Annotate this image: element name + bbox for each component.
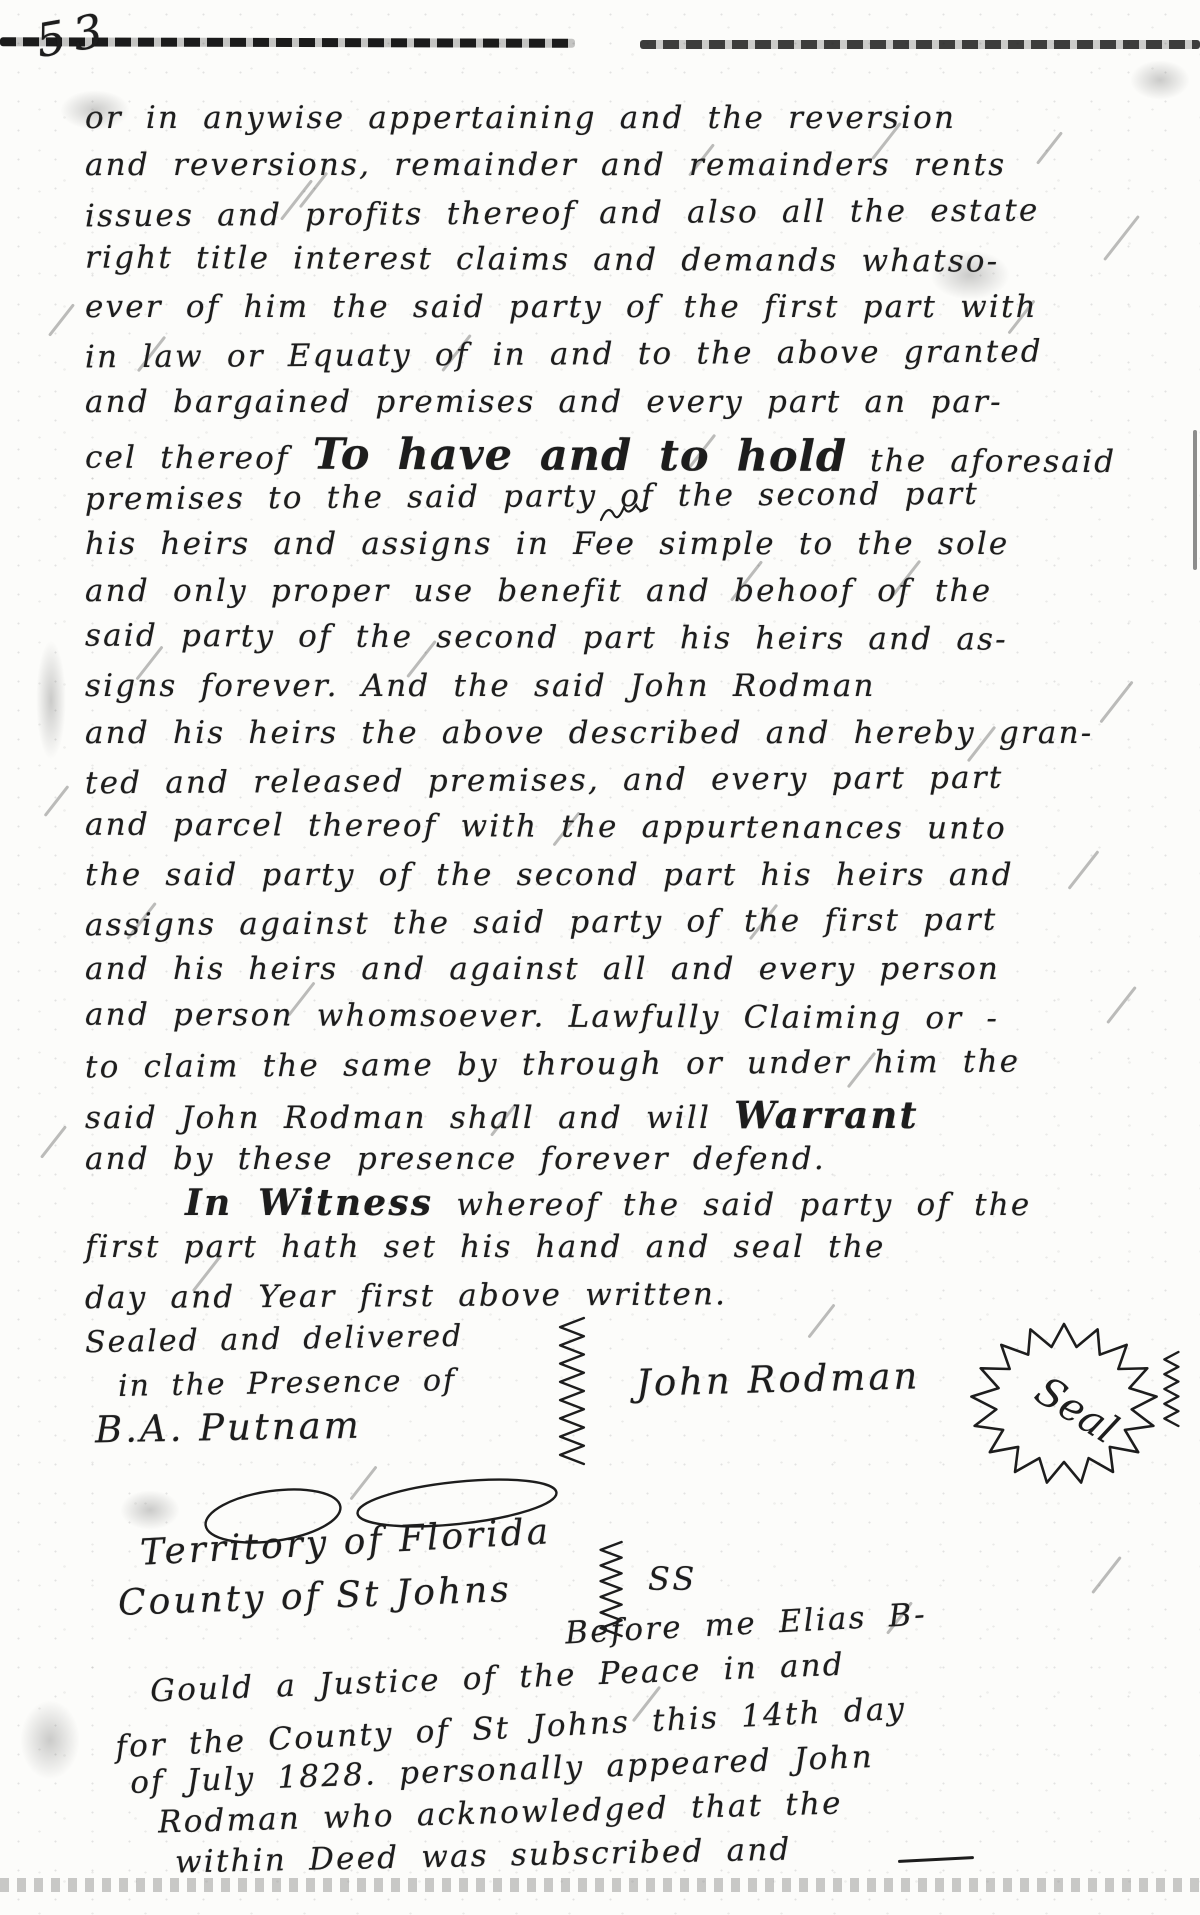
- scanned-deed-page: 53 or in anywise appertaining and the re…: [0, 0, 1200, 1915]
- deed-text-line-warrant: said John Rodman shall and will Warrant: [85, 1093, 1185, 1140]
- pencil-hatch-mark: [44, 785, 70, 817]
- seal-label: Seal: [1027, 1368, 1126, 1453]
- deed-text-line: to claim the same by through or under hi…: [85, 1043, 1185, 1097]
- venue-county: County of St Johns: [117, 1569, 512, 1624]
- scan-smudge: [120, 1490, 180, 1530]
- scan-smudge: [60, 90, 130, 130]
- sealed-delivered-line: Sealed and delivered: [85, 1319, 464, 1361]
- deed-text-line: issues and profits thereof and also all …: [85, 191, 1185, 245]
- scan-smudge: [20, 1700, 80, 1780]
- warrant-prefix: said John Rodman shall and will: [85, 1100, 734, 1136]
- pencil-hatch-mark: [1091, 1556, 1122, 1594]
- deed-text-line: signs forever. And the said John Rodman: [85, 668, 1185, 715]
- deed-text-line: or in anywise appertaining and the rever…: [85, 100, 1185, 147]
- deed-text-line: ever of him the said party of the first …: [85, 289, 1185, 336]
- deed-text-line: and by these presence forever defend.: [85, 1141, 1185, 1188]
- attestation-brace-squiggle: [556, 1316, 590, 1466]
- deed-text-line: and only proper use benefit and behoof o…: [85, 573, 1185, 620]
- witness-clause: In Witness whereof the said party of the…: [85, 1182, 1135, 1324]
- deed-text-line: and person whomsoever. Lawfully Claiming…: [85, 996, 1185, 1048]
- deed-text-line: and his heirs the above described and he…: [85, 715, 1185, 762]
- deed-text-line: said party of the second part his heirs …: [85, 618, 1185, 670]
- hand-drawn-seal: Seal: [962, 1312, 1167, 1497]
- habendum-prefix: cel thereof: [85, 440, 313, 477]
- warrant-emphasis: Warrant: [734, 1093, 919, 1137]
- deed-text-line: and reversions, remainder and remainders…: [85, 147, 1185, 194]
- deed-text-line: right title interest claims and demands …: [85, 239, 1185, 291]
- trailing-dash: [898, 1856, 974, 1863]
- scan-smudge: [930, 250, 1010, 300]
- jurat-text-line: within Deed was subscribed and: [175, 1832, 792, 1881]
- scan-top-edge-artifact: [640, 40, 1200, 49]
- deed-text-line: and bargained premises and every part an…: [85, 384, 1185, 431]
- witness-signature: B.A. Putnam: [95, 1404, 362, 1452]
- deed-text-line: ted and released premises, and every par…: [85, 759, 1185, 813]
- deed-text-line: and parcel thereof with the appurtenance…: [85, 807, 1185, 859]
- deed-text-line: in law or Equaty of in and to the above …: [85, 333, 1185, 387]
- scan-smudge: [1130, 60, 1190, 100]
- scan-smudge: [36, 640, 66, 760]
- witness-text-line: first part hath set his hand and seal th…: [85, 1229, 1135, 1276]
- witness-text-line: In Witness whereof the said party of the: [85, 1182, 1135, 1229]
- deed-text-line: and his heirs and against all and every …: [85, 951, 1185, 998]
- deed-text-line: assigns against the said party of the fi…: [85, 901, 1185, 955]
- presence-line: in the Presence of: [118, 1363, 457, 1404]
- deed-text-line: the said party of the second part his he…: [85, 857, 1185, 904]
- deed-text-line: his heirs and assigns in Fee simple to t…: [85, 526, 1185, 573]
- witness-emphasis: In Witness: [185, 1182, 433, 1224]
- witness-line1-rest: whereof the said party of the: [433, 1187, 1031, 1223]
- grantor-signature: John Rodman: [635, 1354, 920, 1404]
- pencil-hatch-mark: [48, 303, 75, 336]
- scan-right-edge-artifact: [1193, 430, 1197, 570]
- habendum-emphasis: To have and to hold: [313, 430, 847, 482]
- ss-label: SS: [648, 1560, 697, 1598]
- interlineation-scribble: [598, 500, 650, 526]
- pencil-hatch-mark: [40, 1125, 67, 1158]
- page-number: 53: [32, 2, 115, 68]
- deed-body-paragraph: or in anywise appertaining and the rever…: [85, 100, 1185, 1188]
- deed-text-line-habendum: cel thereof To have and to hold the afor…: [85, 429, 1185, 481]
